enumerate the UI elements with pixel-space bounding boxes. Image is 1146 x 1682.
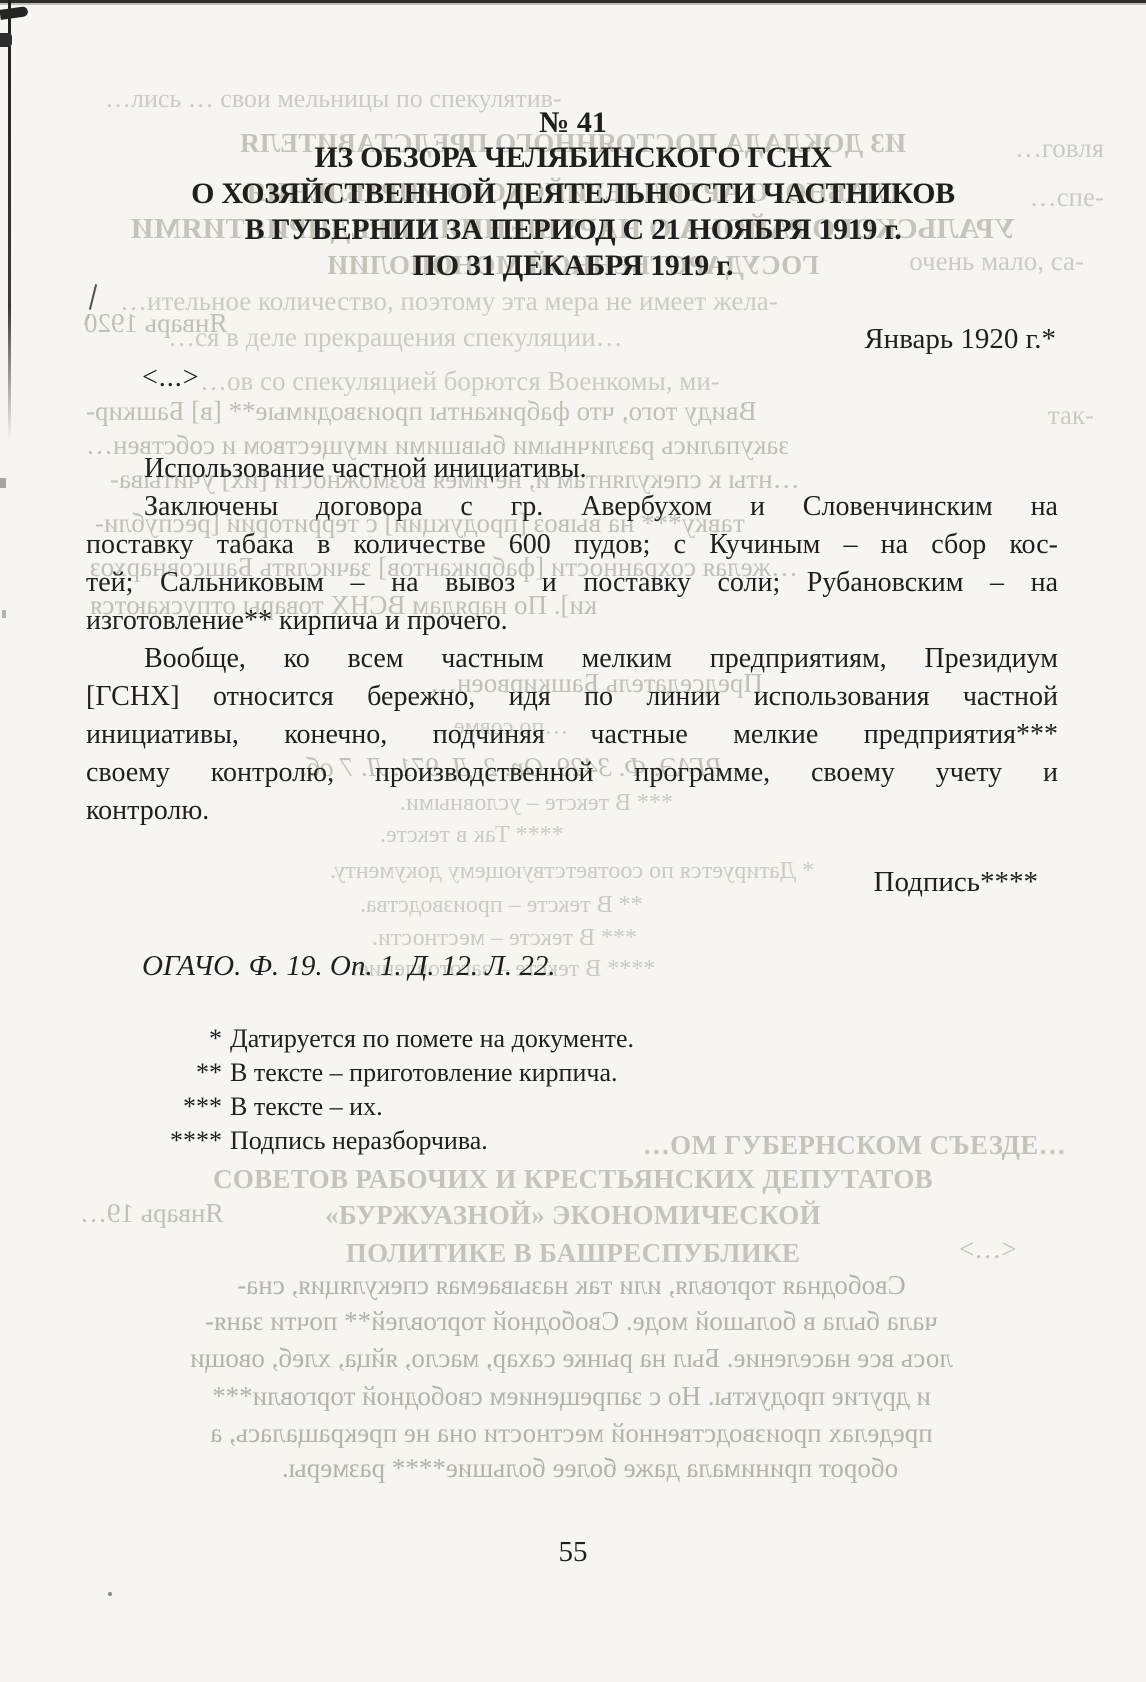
scan-speck [108, 1592, 112, 1596]
body-text-line: инициативы, конечно, подчиняя частные ме… [86, 716, 1058, 754]
scanned-document-page: …лись … свои мельницы по спекулятив- ИЗ … [0, 0, 1146, 1682]
footnote-marker: ** [150, 1056, 230, 1090]
body-text-line: [ГСНХ] относится бережно, идя по линии и… [86, 678, 1058, 716]
signature-line: Подпись**** [874, 866, 1039, 899]
footnote-text: В тексте – приготовление кирпича. [230, 1058, 618, 1087]
archive-reference: ОГАЧО. Ф. 19. Оп. 1. Д. 12. Л. 22. [142, 950, 556, 983]
footnote-marker: **** [150, 1124, 230, 1158]
bleed-through-text: пределах производственной местности она … [84, 1418, 1059, 1449]
footnote-text: Датируется по помете на документе. [230, 1024, 634, 1053]
scan-corner-mark [0, 33, 12, 47]
document-number: № 41 [0, 106, 1146, 140]
bleed-through-text: <…> [959, 1234, 1016, 1265]
document-date: Январь 1920 г.* [864, 323, 1056, 356]
bleed-through-text: * Датируется по соответствующему докумен… [330, 858, 814, 885]
bleed-through-text: Свободная торговля, или так называемая с… [84, 1270, 1059, 1301]
scan-speck [0, 478, 6, 488]
footnote: **В тексте – приготовление кирпича. [150, 1056, 634, 1090]
omission-mark: <...> [142, 362, 200, 394]
bleed-through-text: оборот принимала даже более большие**** … [140, 1453, 1040, 1484]
bleed-through-text: …ся в деле прекращения спекуляции… [168, 322, 623, 353]
bleed-through-text: и другие продукты. Но с запрещением своб… [84, 1381, 1059, 1412]
footnote-text: Подпись неразборчива. [230, 1126, 488, 1155]
footnotes-block: *Датируется по помете на документе. **В … [150, 1022, 634, 1158]
document-body: Использование частной инициативы. Заключ… [86, 450, 1058, 830]
scan-corner-mark [0, 6, 29, 20]
body-text-line: контролю. [86, 792, 1058, 830]
body-text-line: тей; Сальниковым – на вывоз и поставку с… [86, 564, 1058, 602]
handwritten-slash-mark [89, 284, 97, 310]
bleed-through-text: …ОМ ГУБЕРНСКОМ СЪЕЗДЕ… [643, 1130, 1066, 1161]
footnote: *Датируется по помете на документе. [150, 1022, 634, 1056]
footnote: ***В тексте – их. [150, 1090, 634, 1124]
footnote-marker: *** [150, 1090, 230, 1124]
document-title: ИЗ ОБЗОРА ЧЕЛЯБИНСКОГО ГСНХ О ХОЗЯЙСТВЕН… [0, 140, 1146, 284]
body-section-heading: Использование частной инициативы. [86, 450, 1058, 488]
body-text-line: Заключены договора с гр. Авербухом и Сло… [86, 488, 1058, 526]
bleed-through-text: «БУРЖУАЗНОЙ» ЭКОНОМИЧЕСКОЙ [0, 1200, 1146, 1231]
bleed-through-text: Ввиду того, что фабриканты производимые*… [86, 396, 757, 427]
document-title-line: ИЗ ОБЗОРА ЧЕЛЯБИНСКОГО ГСНХ [0, 140, 1146, 176]
bleed-through-text: *** В тексте – местности. [372, 925, 637, 952]
body-text-line: Вообще, ко всем частным мелким предприят… [86, 640, 1058, 678]
bleed-through-text: так- [1048, 400, 1094, 431]
bleed-through-text: СОВЕТОВ РАБОЧИХ И КРЕСТЬЯНСКИХ ДЕПУТАТОВ [0, 1164, 1146, 1195]
bleed-through-text: …ов со спекуляцией борются Военкомы, ми- [200, 366, 720, 397]
bleed-through-text: чала была в большой моде. Свободной торг… [84, 1306, 1059, 1337]
footnote-marker: * [150, 1022, 230, 1056]
document-title-line: О ХОЗЯЙСТВЕННОЙ ДЕЯТЕЛЬНОСТИ ЧАСТНИКОВ [0, 176, 1146, 212]
document-title-line: ПО 31 ДЕКАБРЯ 1919 г. [0, 248, 1146, 284]
body-text-line: поставку табака в количестве 600 пудов; … [86, 526, 1058, 564]
body-text-line: своему контролю, производственной програ… [86, 754, 1058, 792]
footnote-text: В тексте – их. [230, 1092, 383, 1121]
footnote: ****Подпись неразборчива. [150, 1124, 634, 1158]
scan-edge-top-shadow [0, 3, 1146, 5]
page-number: 55 [0, 1536, 1146, 1569]
bleed-through-text: лось все население. Был на рынке сахар, … [84, 1343, 1059, 1374]
bleed-through-text: ** В тексте – производства. [360, 892, 643, 919]
scan-speck [2, 610, 6, 618]
body-text-line: изготовление** кирпича и прочего. [86, 602, 1058, 640]
document-title-line: В ГУБЕРНИИ ЗА ПЕРИОД С 21 НОЯБРЯ 1919 г. [0, 212, 1146, 248]
